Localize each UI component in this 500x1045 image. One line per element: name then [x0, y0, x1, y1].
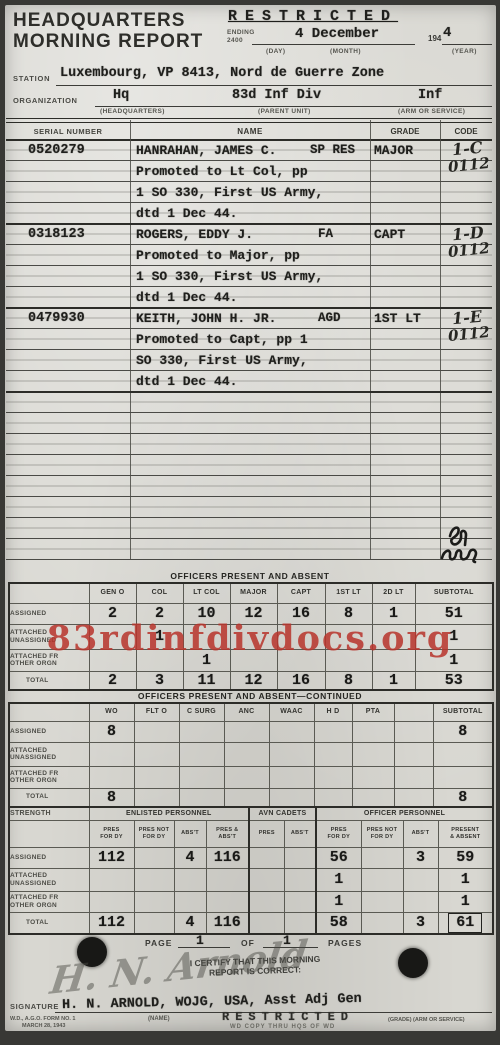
grade-column-header: GRADE — [370, 127, 440, 136]
scanned-morning-report: HEADQUARTERS MORNING REPORT RESTRICTED E… — [0, 0, 500, 1045]
stat-cell — [174, 891, 206, 912]
month-label: (MONTH) — [330, 48, 361, 55]
stat-cell: 3 — [136, 671, 183, 690]
stat-cell — [352, 721, 394, 742]
serial-number-column-header: SERIAL NUMBER — [6, 127, 130, 136]
table-top-rule — [6, 118, 492, 123]
column-header: ANC — [224, 703, 269, 721]
form-id-line1: W.D., A.G.O. FORM NO. 1 — [10, 1016, 76, 1022]
stat-cell — [134, 868, 174, 891]
record-serial: 0318123 — [28, 227, 85, 242]
stat-cell — [394, 766, 433, 788]
stat-cell — [134, 742, 179, 766]
table-row: ATTACHED FR OTHER ORGN — [9, 766, 493, 788]
stat-cell: 53 — [415, 671, 493, 690]
record-remark: Promoted to Major, pp — [136, 248, 300, 263]
row-label: ATTACHED FR OTHER ORGN — [9, 766, 89, 788]
stat-cell: 16 — [277, 671, 325, 690]
column-header: WO — [89, 703, 134, 721]
form-id-line2: MARCH 28, 1943 — [22, 1023, 65, 1029]
column-header: C SURG — [179, 703, 224, 721]
name-column-header: NAME — [130, 127, 370, 136]
date-underline — [252, 26, 415, 45]
column-header: SUBTOTAL — [415, 583, 493, 603]
column-header: PRES & ABS'T — [206, 820, 249, 847]
stat-cell — [249, 891, 284, 912]
arm-service-sublabel: (ARM OR SERVICE) — [398, 108, 465, 115]
column-header: PRESENT & ABSENT — [438, 820, 493, 847]
stat-cell: 2 — [89, 671, 136, 690]
stat-cell — [179, 721, 224, 742]
stat-cell: 4 — [174, 912, 206, 934]
records-ruled-area — [6, 140, 492, 560]
stat-cell — [134, 721, 179, 742]
stat-cell — [277, 624, 325, 649]
strength-table: STRENGTH ENLISTED PERSONNEL AVN CADETS O… — [8, 806, 494, 935]
record-name: HANRAHAN, JAMES C. — [136, 143, 276, 158]
column-header: PRES NOT FOR DY — [134, 820, 174, 847]
column-header: SUBTOTAL — [433, 703, 493, 721]
row-label: TOTAL — [9, 671, 89, 690]
stat-cell: 116 — [206, 847, 249, 868]
column-header: WAAC — [269, 703, 314, 721]
stat-cell: 8 — [89, 721, 134, 742]
stat-cell — [352, 742, 394, 766]
punch-hole-right — [398, 948, 428, 978]
stat-cell: 3 — [403, 912, 438, 934]
record-remark: SO 330, First US Army, — [136, 353, 308, 368]
stat-cell — [134, 847, 174, 868]
record-grade: 1ST LT — [374, 311, 421, 326]
stat-cell — [269, 721, 314, 742]
stat-cell: 51 — [415, 603, 493, 624]
record-serial: 0479930 — [28, 311, 85, 326]
stat-cell — [224, 742, 269, 766]
restricted-stamp-top: RESTRICTED — [228, 8, 398, 25]
stat-cell — [269, 788, 314, 807]
stat-cell — [277, 649, 325, 671]
record-remark: 1 SO 330, First US Army, — [136, 185, 323, 200]
stat-cell: 1 — [136, 624, 183, 649]
stat-cell — [224, 766, 269, 788]
row-label: TOTAL — [9, 912, 89, 934]
record-remark: 1 SO 330, First US Army, — [136, 269, 323, 284]
stat-cell — [314, 721, 352, 742]
stat-cell: 1 — [372, 671, 415, 690]
boxed-total: 61 — [448, 913, 482, 933]
table-row: ATTACHED UNASSIGNED 1 1 — [9, 868, 493, 891]
officers-present-absent-table: GEN O COL LT COL MAJOR CAPT 1ST LT 2D LT… — [8, 582, 494, 691]
stat-cell: 8 — [325, 603, 372, 624]
row-label: ATTACHED UNASSIGNED — [9, 868, 89, 891]
stat-cell — [361, 891, 403, 912]
stat-cell — [224, 721, 269, 742]
stat-cell: 1 — [415, 649, 493, 671]
stat-cell: 8 — [433, 721, 493, 742]
stat-cell — [361, 847, 403, 868]
stat-cell — [325, 649, 372, 671]
row-label: ATTACHED UNASSIGNED — [9, 742, 89, 766]
column-header: CAPT — [277, 583, 325, 603]
stat-cell — [433, 766, 493, 788]
stat-cell — [134, 891, 174, 912]
row-label: ATTACHED FR OTHER ORGN — [9, 649, 89, 671]
stat-cell — [352, 788, 394, 807]
stat-cell: 11 — [183, 671, 230, 690]
stat-cell — [394, 742, 433, 766]
table-row: TOTAL 8 8 — [9, 788, 493, 807]
enlisted-group-header: ENLISTED PERSONNEL — [89, 807, 249, 820]
stat-cell — [361, 912, 403, 934]
record-name: KEITH, JOHN H. JR. — [136, 311, 276, 326]
stat-cell: 4 — [174, 847, 206, 868]
stat-cell — [372, 649, 415, 671]
stat-cell — [230, 624, 277, 649]
stat-cell: 116 — [206, 912, 249, 934]
stat-cell: 61 — [438, 912, 493, 934]
stat-cell — [249, 868, 284, 891]
stat-cell — [89, 649, 136, 671]
name-sublabel: (NAME) — [148, 1016, 170, 1022]
strength-title: STRENGTH — [9, 807, 89, 820]
cadets-group-header: AVN CADETS — [249, 807, 316, 820]
stat-cell: 1 — [415, 624, 493, 649]
column-header: PRES FOR DY — [89, 820, 134, 847]
station-label: STATION — [13, 74, 50, 83]
stat-cell — [174, 868, 206, 891]
record-name: ROGERS, EDDY J. — [136, 227, 253, 242]
stat-cell — [284, 868, 316, 891]
station-underline — [56, 68, 492, 86]
stat-cell: 12 — [230, 603, 277, 624]
stat-cell: 12 — [230, 671, 277, 690]
stat-cell: 1 — [183, 649, 230, 671]
stat-cell — [433, 742, 493, 766]
pages-label: PAGES — [328, 938, 362, 948]
record-separator — [6, 391, 492, 393]
record-separator — [6, 223, 492, 225]
stat-cell — [179, 742, 224, 766]
stat-cell — [269, 742, 314, 766]
stat-cell: 2 — [89, 603, 136, 624]
stat-cell — [269, 766, 314, 788]
stat-cell — [352, 766, 394, 788]
column-header: ABS'T — [174, 820, 206, 847]
column-header: MAJOR — [230, 583, 277, 603]
stat-cell: 112 — [89, 847, 134, 868]
form-title-line1: HEADQUARTERS — [13, 10, 185, 32]
stat-cell — [89, 742, 134, 766]
stat-cell: 1 — [372, 603, 415, 624]
column-header: 1ST LT — [325, 583, 372, 603]
stat-cell — [249, 912, 284, 934]
table-row: TOTAL 112 4 116 58 3 61 — [9, 912, 493, 934]
stat-cell — [134, 766, 179, 788]
stat-cell: 3 — [403, 847, 438, 868]
signature-label: SIGNATURE — [10, 1002, 59, 1011]
table-row: ATTACHED FR OTHER ORGN 1 1 — [9, 649, 493, 671]
stat-cell — [403, 868, 438, 891]
record-remark: dtd 1 Dec 44. — [136, 374, 237, 389]
record-remark: dtd 1 Dec 44. — [136, 206, 237, 221]
stat-cell — [224, 788, 269, 807]
stat-cell — [179, 788, 224, 807]
stat-cell — [183, 624, 230, 649]
record-remark: Promoted to Capt, pp 1 — [136, 332, 308, 347]
stat-cell — [314, 766, 352, 788]
stat-cell — [325, 624, 372, 649]
day-label: (DAY) — [266, 48, 285, 55]
record-grade: CAPT — [374, 227, 405, 242]
stat-cell — [249, 847, 284, 868]
form-title-line2: MORNING REPORT — [13, 31, 203, 53]
restricted-stamp-bottom: RESTRICTED — [222, 1010, 354, 1024]
stat-cell — [206, 891, 249, 912]
column-header: PRES NOT FOR DY — [361, 820, 403, 847]
headquarters-sublabel: (HEADQUARTERS) — [100, 108, 165, 115]
stat-cell: 56 — [316, 847, 361, 868]
stat-cell: 1 — [316, 891, 361, 912]
stat-cell — [206, 868, 249, 891]
row-label: TOTAL — [9, 788, 89, 807]
stat-cell: 10 — [183, 603, 230, 624]
row-label: ASSIGNED — [9, 847, 89, 868]
year-underline — [442, 26, 492, 45]
corner-cell — [9, 703, 89, 721]
row-label: ATTACHED UNASSIGNED — [9, 624, 89, 649]
stat-cell — [89, 624, 136, 649]
column-header: GEN O — [89, 583, 136, 603]
column-header: PRES FOR DY — [316, 820, 361, 847]
table-row: ATTACHED UNASSIGNED — [9, 742, 493, 766]
stat-cell — [136, 649, 183, 671]
record-separator — [6, 307, 492, 309]
organization-underline — [95, 90, 492, 107]
column-header: ABS'T — [284, 820, 316, 847]
column-header: H D — [314, 703, 352, 721]
record-branch: FA — [318, 227, 333, 241]
stat-cell: 16 — [277, 603, 325, 624]
stat-cell — [89, 891, 134, 912]
record-branch: AGD — [318, 311, 341, 325]
stat-cell — [394, 788, 433, 807]
table-row: ASSIGNED 8 8 — [9, 721, 493, 742]
officers-table-title: OFFICERS PRESENT AND ABSENT — [0, 571, 500, 581]
stat-cell — [394, 721, 433, 742]
handwritten-scribble — [434, 520, 494, 568]
corner-cell — [9, 820, 89, 847]
column-header: 2D LT — [372, 583, 415, 603]
stat-cell: 8 — [89, 788, 134, 807]
stat-cell — [134, 788, 179, 807]
stat-cell — [372, 624, 415, 649]
row-label: ATTACHED FR OTHER ORGN — [9, 891, 89, 912]
stat-cell — [134, 912, 174, 934]
record-branch: SP RES — [310, 143, 355, 157]
grade-arm-sublabel: (GRADE) (ARM OR SERVICE) — [388, 1017, 465, 1023]
stat-cell — [284, 847, 316, 868]
table-row: TOTAL 2 3 11 12 16 8 1 53 — [9, 671, 493, 690]
stat-cell — [361, 868, 403, 891]
parent-unit-sublabel: (PARENT UNIT) — [258, 108, 311, 115]
stat-cell: 1 — [438, 868, 493, 891]
stat-cell — [89, 766, 134, 788]
corner-cell — [9, 583, 89, 603]
stat-cell: 1 — [316, 868, 361, 891]
column-header — [394, 703, 433, 721]
serial-name-divider — [130, 120, 131, 560]
table-row: ASSIGNED 112 4 116 56 3 59 — [9, 847, 493, 868]
year-prefix: 194 — [428, 34, 441, 43]
wd-copy-note: WD COPY THRU HQS OF WD — [230, 1024, 335, 1030]
officers-continued-table: WO FLT O C SURG ANC WAAC H D PTA SUBTOTA… — [8, 702, 494, 808]
officers-group-header: OFFICER PERSONNEL — [316, 807, 493, 820]
stat-cell — [89, 868, 134, 891]
stat-cell: 2 — [136, 603, 183, 624]
stat-cell: 58 — [316, 912, 361, 934]
stat-cell — [314, 742, 352, 766]
record-remark: Promoted to Lt Col, pp — [136, 164, 308, 179]
stat-cell — [230, 649, 277, 671]
column-header: LT COL — [183, 583, 230, 603]
column-header: PTA — [352, 703, 394, 721]
grade-code-divider — [440, 120, 441, 560]
name-grade-divider — [370, 120, 371, 560]
row-label: ASSIGNED — [9, 721, 89, 742]
column-header: COL — [136, 583, 183, 603]
stat-cell: 1 — [438, 891, 493, 912]
stat-cell: 8 — [325, 671, 372, 690]
stat-cell — [284, 912, 316, 934]
officers-continued-title: OFFICERS PRESENT AND ABSENT—CONTINUED — [0, 691, 500, 701]
stat-cell — [403, 891, 438, 912]
column-header: FLT O — [134, 703, 179, 721]
stat-cell — [284, 891, 316, 912]
column-header: ABS'T — [403, 820, 438, 847]
stat-cell — [179, 766, 224, 788]
record-serial: 0520279 — [28, 143, 85, 158]
stat-cell: 112 — [89, 912, 134, 934]
record-remark: dtd 1 Dec 44. — [136, 290, 237, 305]
column-header: PRES — [249, 820, 284, 847]
stat-cell — [314, 788, 352, 807]
stat-cell: 8 — [433, 788, 493, 807]
code-column-header: CODE — [440, 127, 492, 136]
record-grade: MAJOR — [374, 143, 413, 158]
stat-cell: 59 — [438, 847, 493, 868]
table-row: ATTACHED UNASSIGNED 1 1 — [9, 624, 493, 649]
ending-2400-label: ENDING 2400 — [227, 29, 255, 45]
organization-label: ORGANIZATION — [13, 96, 78, 105]
table-row: ASSIGNED 2 2 10 12 16 8 1 51 — [9, 603, 493, 624]
table-row: ATTACHED FR OTHER ORGN 1 1 — [9, 891, 493, 912]
row-label: ASSIGNED — [9, 603, 89, 624]
year-label: (YEAR) — [452, 48, 477, 55]
